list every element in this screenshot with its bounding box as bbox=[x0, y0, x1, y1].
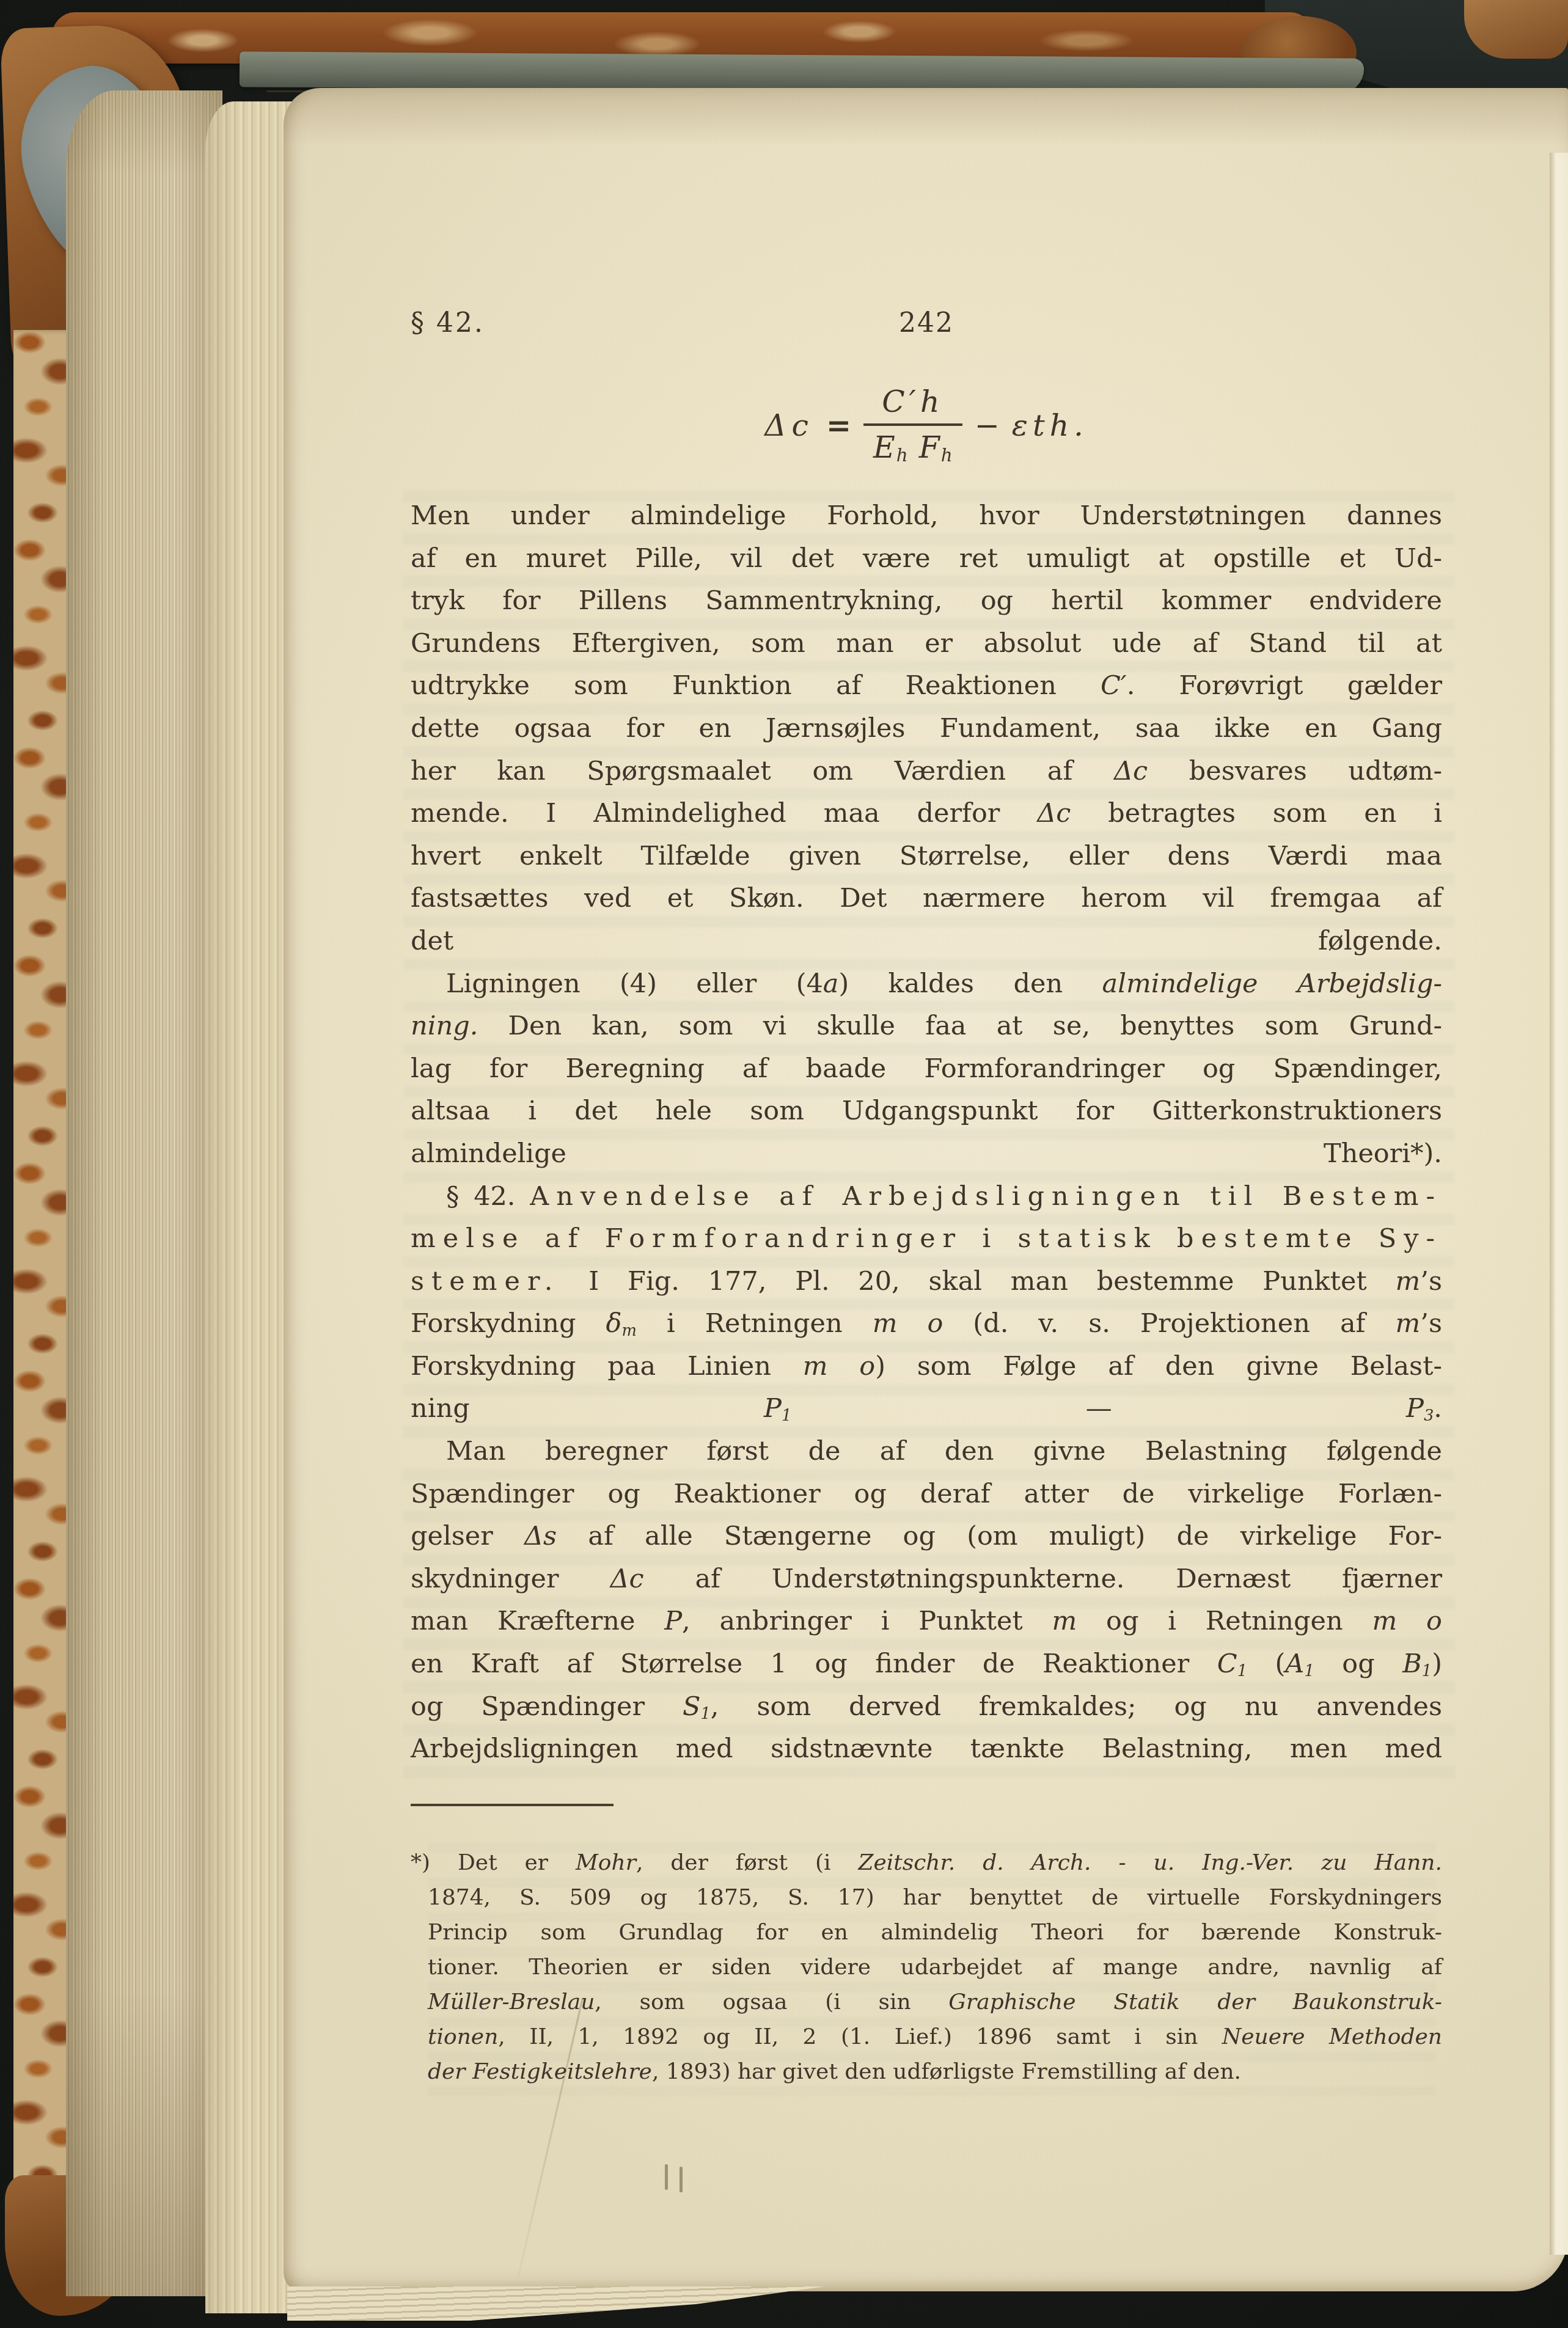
text-segment: tionen bbox=[428, 2024, 498, 2049]
fraction-numerator: C′h bbox=[872, 384, 953, 423]
text-segment: 1 bbox=[1237, 1662, 1247, 1680]
pencil-mark bbox=[665, 2164, 668, 2190]
text-segment: man Kræfterne bbox=[411, 1606, 664, 1636]
body-text-line: udtrykke som Funktion af Reaktionen C′. … bbox=[411, 665, 1442, 708]
body-text-line: altsaa i det hele som Udgangspunkt for G… bbox=[411, 1090, 1442, 1133]
text-segment: P bbox=[764, 1393, 782, 1424]
text-segment: C′ bbox=[1101, 670, 1127, 701]
body-text-line: fastsættes ved et Skøn. Det nærmere hero… bbox=[411, 877, 1442, 920]
text-segment: P bbox=[664, 1606, 682, 1636]
text-segment: I Fig. 177, Pl. 20, skal man bestemme Pu… bbox=[560, 1266, 1396, 1297]
section-marker: § 42. bbox=[411, 307, 485, 339]
text-segment: stemer. bbox=[411, 1266, 560, 1297]
text-segment: Den kan, som vi skulle faa at se, benytt… bbox=[478, 1011, 1442, 1041]
text-segment: hvert enkelt Tilfælde given Størrelse, e… bbox=[411, 841, 1442, 871]
text-segment: Δc bbox=[610, 1564, 643, 1594]
text-segment: en Kraft af Størrelse 1 og finder de Rea… bbox=[411, 1649, 1217, 1679]
text-segment: m bbox=[621, 1322, 636, 1340]
body-text-line: melse af Formforandringer i statisk best… bbox=[411, 1218, 1442, 1261]
text-segment: Δs bbox=[524, 1521, 557, 1551]
footnote-separator-rule bbox=[411, 1804, 614, 1806]
text-segment: her kan Spørgsmaalet om Værdien af bbox=[411, 756, 1114, 786]
text-segment: , som derved fremkaldes; og nu anvendes bbox=[711, 1691, 1442, 1722]
text-segment: almindelige Theori*). bbox=[411, 1138, 1442, 1169]
text-segment: ( bbox=[1247, 1649, 1285, 1679]
denominator-E-subscript: h bbox=[896, 445, 908, 466]
pencil-mark bbox=[680, 2167, 683, 2192]
page-edge-stack-left bbox=[66, 90, 222, 2296]
text-segment: m o bbox=[1372, 1606, 1442, 1636]
text-segment: Δc bbox=[1037, 798, 1071, 829]
text-segment: , der først (i bbox=[636, 1850, 858, 1875]
body-text-line: Forskydning δm i Retningen m o (d. v. s.… bbox=[411, 1303, 1442, 1345]
text-segment: . Forøvrigt gælder bbox=[1127, 670, 1442, 701]
footnote-line: Müller-Breslau, som ogsaa (i sin Graphis… bbox=[411, 1985, 1442, 2019]
text-segment: — bbox=[791, 1393, 1406, 1424]
displayed-equation: Δc = C′h EhFh − εth. bbox=[411, 365, 1442, 485]
text-segment: besvares udtøm- bbox=[1148, 756, 1442, 786]
text-segment: ning. bbox=[411, 1011, 478, 1041]
text-segment: m bbox=[1396, 1308, 1421, 1339]
body-text-line: Man beregner først de af den givne Belas… bbox=[411, 1430, 1442, 1473]
page-number: 242 bbox=[899, 307, 954, 339]
text-segment: af en muret Pille, vil det være ret umul… bbox=[411, 543, 1442, 574]
body-text-line: en Kraft af Størrelse 1 og finder de Rea… bbox=[411, 1643, 1442, 1686]
text-segment: m bbox=[1395, 1266, 1420, 1297]
text-segment: af alle Stængerne og (om muligt) de virk… bbox=[557, 1521, 1442, 1551]
footnote: *) Det er Mohr, der først (i Zeitschr. d… bbox=[411, 1845, 1442, 2089]
next-page-edge bbox=[1550, 153, 1568, 2255]
scanned-book-photo: § 42. 242 Δc = C′h EhFh − εth. Men under… bbox=[0, 0, 1568, 2328]
body-text-line: Grundens Eftergiven, som man er absolut … bbox=[411, 623, 1442, 665]
text-segment: og i Retningen bbox=[1077, 1606, 1372, 1636]
fraction: C′h EhFh bbox=[863, 384, 962, 466]
equation-rhs: εth. bbox=[1012, 408, 1088, 443]
denominator-F-subscript: h bbox=[941, 445, 953, 466]
text-segment: Grundens Eftergiven, som man er absolut … bbox=[411, 628, 1442, 659]
body-text-line: stemer. I Fig. 177, Pl. 20, skal man bes… bbox=[411, 1261, 1442, 1303]
denominator-E: E bbox=[873, 430, 896, 465]
text-segment: udtrykke som Funktion af Reaktionen bbox=[411, 670, 1101, 701]
text-segment: δ bbox=[606, 1308, 622, 1339]
text-segment: gelser bbox=[411, 1521, 524, 1551]
body-text: Men under almindelige Forhold, hvor Unde… bbox=[411, 495, 1442, 1771]
text-segment: og bbox=[1314, 1649, 1402, 1679]
text-segment: ning bbox=[411, 1393, 764, 1424]
text-segment: Müller-Breslau bbox=[428, 1989, 595, 2015]
text-segment: dette ogsaa for en Jærnsøjles Fundament,… bbox=[411, 713, 1442, 744]
text-segment: Man beregner først de af den givne Belas… bbox=[446, 1436, 1442, 1466]
text-segment: der Festigkeitslehre bbox=[428, 2059, 652, 2084]
text-segment: 1 bbox=[700, 1704, 710, 1722]
minus-sign: − bbox=[975, 408, 1000, 443]
text-segment: 1 bbox=[1304, 1662, 1314, 1680]
body-text-line: mende. I Almindelighed maa derfor Δc bet… bbox=[411, 792, 1442, 835]
text-segment: ) kaldes den bbox=[838, 968, 1102, 999]
body-text-line: af en muret Pille, vil det være ret umul… bbox=[411, 538, 1442, 580]
text-segment: P bbox=[1406, 1393, 1424, 1424]
body-text-line: Forskydning paa Linien m o) som Følge af… bbox=[411, 1345, 1442, 1388]
body-text-line: tryk for Pillens Sammentrykning, og hert… bbox=[411, 580, 1442, 623]
text-segment: m o bbox=[873, 1308, 943, 1339]
body-text-line: gelser Δs af alle Stængerne og (om mulig… bbox=[411, 1515, 1442, 1558]
equation-lhs: Δc bbox=[764, 408, 814, 443]
text-segment: Δc bbox=[1114, 756, 1148, 786]
body-text-line: lag for Beregning af baade Formforandrin… bbox=[411, 1048, 1442, 1091]
text-segment: fastsættes ved et Skøn. Det nærmere hero… bbox=[411, 883, 1442, 913]
text-segment: mende. I Almindelighed maa derfor bbox=[411, 798, 1037, 829]
body-text-line: Ligningen (4) eller (4a) kaldes den almi… bbox=[411, 963, 1442, 1006]
text-segment: ) som Følge af den givne Belast- bbox=[875, 1351, 1442, 1382]
text-segment: betragtes som en i bbox=[1071, 798, 1442, 829]
body-text-line: Men under almindelige Forhold, hvor Unde… bbox=[411, 495, 1442, 538]
text-segment: ) bbox=[1432, 1649, 1442, 1679]
body-text-line: Arbejdsligningen med sidstnævnte tænkte … bbox=[411, 1728, 1442, 1771]
body-text-line: dette ogsaa for en Jærnsøjles Fundament,… bbox=[411, 708, 1442, 750]
body-text-line: § 42. Anvendelse af Arbejdsligningen til… bbox=[411, 1176, 1442, 1218]
body-text-line: hvert enkelt Tilfælde given Størrelse, e… bbox=[411, 835, 1442, 878]
text-segment: tioner. Theorien er siden videre udarbej… bbox=[428, 1955, 1442, 1980]
text-segment: m bbox=[1052, 1606, 1077, 1636]
text-segment: Ligningen (4) eller (4 bbox=[446, 968, 823, 999]
text-segment: , som ogsaa (i sin bbox=[595, 1989, 948, 2015]
text-segment: , anbringer i Punktet bbox=[682, 1606, 1052, 1636]
text-segment: Anvendelse af Arbejdsligningen til Beste… bbox=[530, 1181, 1442, 1212]
footnote-line: der Festigkeitslehre, 1893) har givet de… bbox=[411, 2054, 1442, 2089]
footnote-line: tionen, II, 1, 1892 og II, 2 (1. Lief.) … bbox=[411, 2019, 1442, 2054]
footnote-line: Princip som Grundlag for en almindelig T… bbox=[411, 1915, 1442, 1950]
denominator-F: F bbox=[919, 430, 941, 465]
text-segment: af Understøtningspunkterne. Dernæst fjær… bbox=[644, 1564, 1442, 1594]
text-segment: S bbox=[683, 1691, 700, 1722]
text-segment: og Spændinger bbox=[411, 1691, 683, 1722]
text-segment: , 1893) har givet den udførligste Fremst… bbox=[652, 2059, 1241, 2084]
text-segment: ’s bbox=[1420, 1308, 1442, 1339]
body-text-line: det følgende. bbox=[411, 920, 1442, 963]
body-text-line: Spændinger og Reaktioner og deraf atter … bbox=[411, 1473, 1442, 1516]
equals-sign: = bbox=[826, 408, 851, 443]
text-segment: A bbox=[1285, 1649, 1304, 1679]
body-text-line: almindelige Theori*). bbox=[411, 1133, 1442, 1176]
text-segment: , II, 1, 1892 og II, 2 (1. Lief.) 1896 s… bbox=[498, 2024, 1222, 2049]
text-segment: *) Det er bbox=[411, 1850, 576, 1875]
text-segment: det følgende. bbox=[411, 926, 1442, 956]
text-segment: Princip som Grundlag for en almindelig T… bbox=[428, 1920, 1442, 1945]
text-segment: Spændinger og Reaktioner og deraf atter … bbox=[411, 1479, 1442, 1509]
text-segment: altsaa i det hele som Udgangspunkt for G… bbox=[411, 1096, 1442, 1126]
text-segment: C bbox=[1217, 1649, 1237, 1679]
text-segment: Men under almindelige Forhold, hvor Unde… bbox=[411, 500, 1442, 531]
text-segment: m o bbox=[803, 1351, 876, 1382]
text-segment: Forskydning paa Linien bbox=[411, 1351, 803, 1382]
text-segment: 1874, S. 509 og 1875, S. 17) har benytte… bbox=[428, 1885, 1442, 1910]
text-segment: Mohr bbox=[576, 1850, 636, 1875]
text-segment: Forskydning bbox=[411, 1308, 606, 1339]
body-text-line: skydninger Δc af Understøtningspunkterne… bbox=[411, 1558, 1442, 1601]
body-text-line: her kan Spørgsmaalet om Værdien af Δc be… bbox=[411, 750, 1442, 793]
text-segment: 3 bbox=[1424, 1407, 1434, 1425]
fraction-denominator: EhFh bbox=[863, 423, 962, 466]
text-segment: almindelige Arbejdslig- bbox=[1102, 968, 1443, 999]
text-segment: § 42. bbox=[446, 1181, 530, 1212]
text-segment: Arbejdsligningen med sidstnævnte tænkte … bbox=[411, 1733, 1442, 1764]
text-segment: 1 bbox=[782, 1407, 791, 1425]
text-segment: skydninger bbox=[411, 1564, 610, 1594]
footnote-line: tioner. Theorien er siden videre udarbej… bbox=[411, 1950, 1442, 1985]
body-text-line: ning. Den kan, som vi skulle faa at se, … bbox=[411, 1005, 1442, 1048]
body-text-line: og Spændinger S1, som derved fremkaldes;… bbox=[411, 1686, 1442, 1729]
text-segment: B bbox=[1402, 1649, 1422, 1679]
text-segment: Neuere Methoden bbox=[1222, 2024, 1442, 2049]
body-text-line: ning P1 — P3. bbox=[411, 1388, 1442, 1430]
text-segment: Zeitschr. d. Arch. - u. Ing.-Ver. zu Han… bbox=[858, 1850, 1442, 1875]
page-edge-stack-bottom bbox=[287, 2286, 825, 2321]
text-segment: lag for Beregning af baade Formforandrin… bbox=[411, 1053, 1442, 1084]
text-segment: melse af Formforandringer i statisk best… bbox=[411, 1223, 1442, 1254]
text-segment: 1 bbox=[1422, 1662, 1432, 1680]
text-segment: (d. v. s. Projektionen af bbox=[943, 1308, 1395, 1339]
text-segment: tryk for Pillens Sammentrykning, og hert… bbox=[411, 585, 1442, 616]
footnote-line: *) Det er Mohr, der først (i Zeitschr. d… bbox=[411, 1845, 1442, 1880]
footnote-line: 1874, S. 509 og 1875, S. 17) har benytte… bbox=[411, 1880, 1442, 1915]
text-segment: ’s bbox=[1420, 1266, 1442, 1297]
text-segment: a bbox=[823, 968, 839, 999]
text-segment: . bbox=[1434, 1393, 1442, 1424]
text-segment: i Retningen bbox=[637, 1308, 873, 1339]
text-segment: Graphische Statik der Baukonstruk- bbox=[948, 1989, 1442, 2015]
running-head: § 42. 242 bbox=[411, 307, 1442, 344]
body-text-line: man Kræfterne P, anbringer i Punktet m o… bbox=[411, 1600, 1442, 1643]
